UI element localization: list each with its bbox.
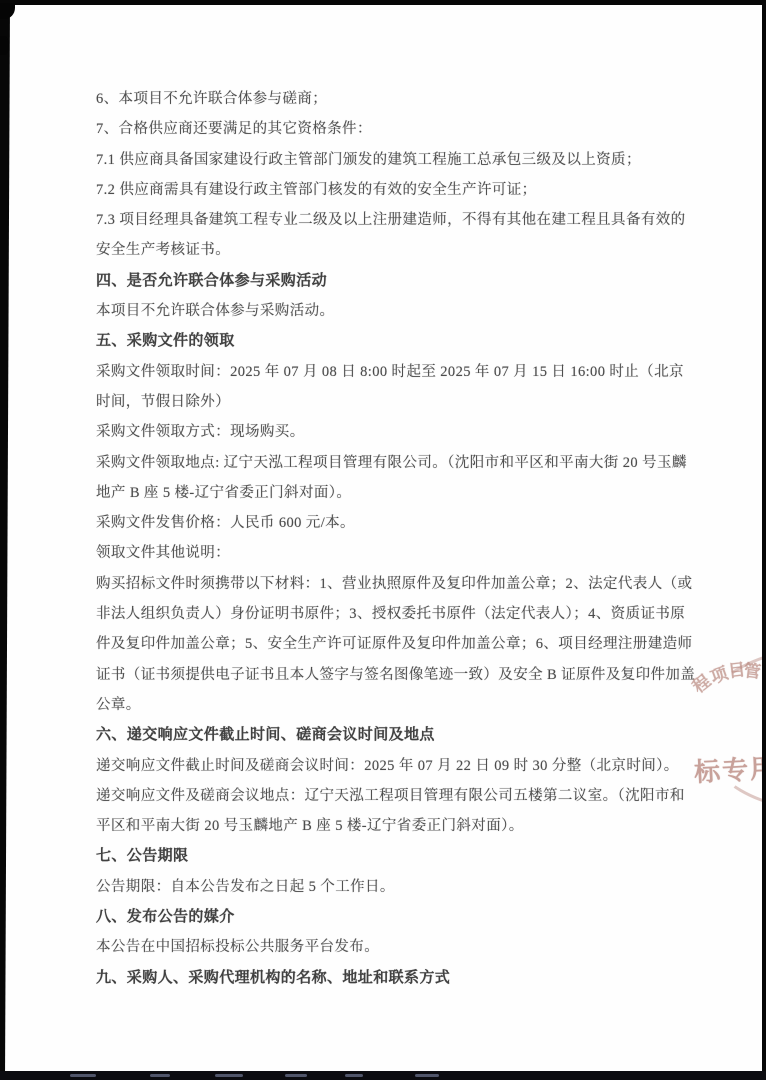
text-line: 七、公告期限 bbox=[96, 841, 681, 871]
text-line: 五、采购文件的领取 bbox=[96, 326, 681, 356]
scanned-document-page: { "page": { "background": "#fefefe", "sc… bbox=[0, 0, 766, 1080]
scan-border-right bbox=[762, 0, 766, 1080]
text-line: 本项目不允许联合体参与采购活动。 bbox=[96, 296, 681, 326]
text-line: 公告期限：自本公告发布之日起 5 个工作日。 bbox=[96, 872, 681, 902]
text-line: 件及复印件加盖公章；5、安全生产许可证原件及复印件加盖公章；6、项目经理注册建造… bbox=[96, 629, 681, 659]
scan-edge-artifact bbox=[345, 1074, 363, 1077]
text-line: 八、发布公告的媒介 bbox=[96, 902, 681, 932]
scan-edge-artifact bbox=[285, 1074, 307, 1077]
text-line: 非法人组织负责人）身份证明书原件；3、授权委托书原件（法定代表人）；4、资质证书… bbox=[96, 599, 681, 629]
text-line: 安全生产考核证书。 bbox=[96, 235, 681, 265]
text-line: 九、采购人、采购代理机构的名称、地址和联系方式 bbox=[96, 963, 681, 993]
text-line: 平区和平南大街 20 号玉麟地产 B 座 5 楼-辽宁省委正门斜对面）。 bbox=[96, 811, 681, 841]
text-line: 领取文件其他说明： bbox=[96, 538, 681, 568]
scan-edge-artifact bbox=[415, 1074, 439, 1077]
text-line: 7.3 项目经理具备建筑工程专业二级及以上注册建造师，不得有其他在建工程且具备有… bbox=[96, 205, 681, 235]
text-line: 四、是否允许联合体参与采购活动 bbox=[96, 266, 681, 296]
text-line: 7.2 供应商需具有建设行政主管部门核发的有效的安全生产许可证； bbox=[96, 175, 681, 205]
text-line: 递交响应文件截止时间及磋商会议时间：2025 年 07 月 22 日 09 时 … bbox=[96, 751, 681, 781]
scan-border-bottom bbox=[0, 1071, 766, 1080]
text-line: 递交响应文件及磋商会议地点：辽宁天泓工程项目管理有限公司五楼第二议室。（沈阳市和 bbox=[96, 781, 681, 811]
text-line: 采购文件领取方式：现场购买。 bbox=[96, 417, 681, 447]
scan-border-left bbox=[0, 0, 10, 1080]
scan-edge-artifact bbox=[150, 1074, 170, 1077]
scan-edge-artifact bbox=[70, 1074, 96, 1077]
text-line: 7、合格供应商还要满足的其它资格条件： bbox=[96, 114, 681, 144]
text-line: 采购文件领取地点: 辽宁天泓工程项目管理有限公司。（沈阳市和平区和平南大街 20… bbox=[96, 448, 681, 478]
text-line: 采购文件发售价格：人民币 600 元/本。 bbox=[96, 508, 681, 538]
text-line: 六、递交响应文件截止时间、磋商会议时间及地点 bbox=[96, 720, 681, 750]
scan-border-top bbox=[0, 0, 766, 5]
text-line: 6、本项目不允许联合体参与磋商； bbox=[96, 84, 681, 114]
text-line: 证书（证书须提供电子证书且本人签字与签名图像笔迹一致）及安全 B 证原件及复印件… bbox=[96, 660, 681, 690]
text-line: 7.1 供应商具备国家建设行政主管部门颁发的建筑工程施工总承包三级及以上资质； bbox=[96, 145, 681, 175]
text-line: 购买招标文件时须携带以下材料：1、营业执照原件及复印件加盖公章；2、法定代表人（… bbox=[96, 569, 681, 599]
text-line: 时间，节假日除外） bbox=[96, 387, 681, 417]
text-line: 公章。 bbox=[96, 690, 681, 720]
scan-edge-artifact bbox=[215, 1074, 243, 1077]
scan-edge-artifact bbox=[0, 3, 15, 19]
text-line: 地产 B 座 5 楼-辽宁省委正门斜对面）。 bbox=[96, 478, 681, 508]
document-body: 6、本项目不允许联合体参与磋商；7、合格供应商还要满足的其它资格条件：7.1 供… bbox=[96, 84, 681, 993]
scan-edge-artifact bbox=[0, 36, 9, 55]
text-line: 采购文件领取时间：2025 年 07 月 08 日 8:00 时起至 2025 … bbox=[96, 357, 681, 387]
seal-fragment-bid-use-only: 标专用 bbox=[686, 742, 766, 817]
text-line: 本公告在中国招标投标公共服务平台发布。 bbox=[96, 932, 681, 962]
